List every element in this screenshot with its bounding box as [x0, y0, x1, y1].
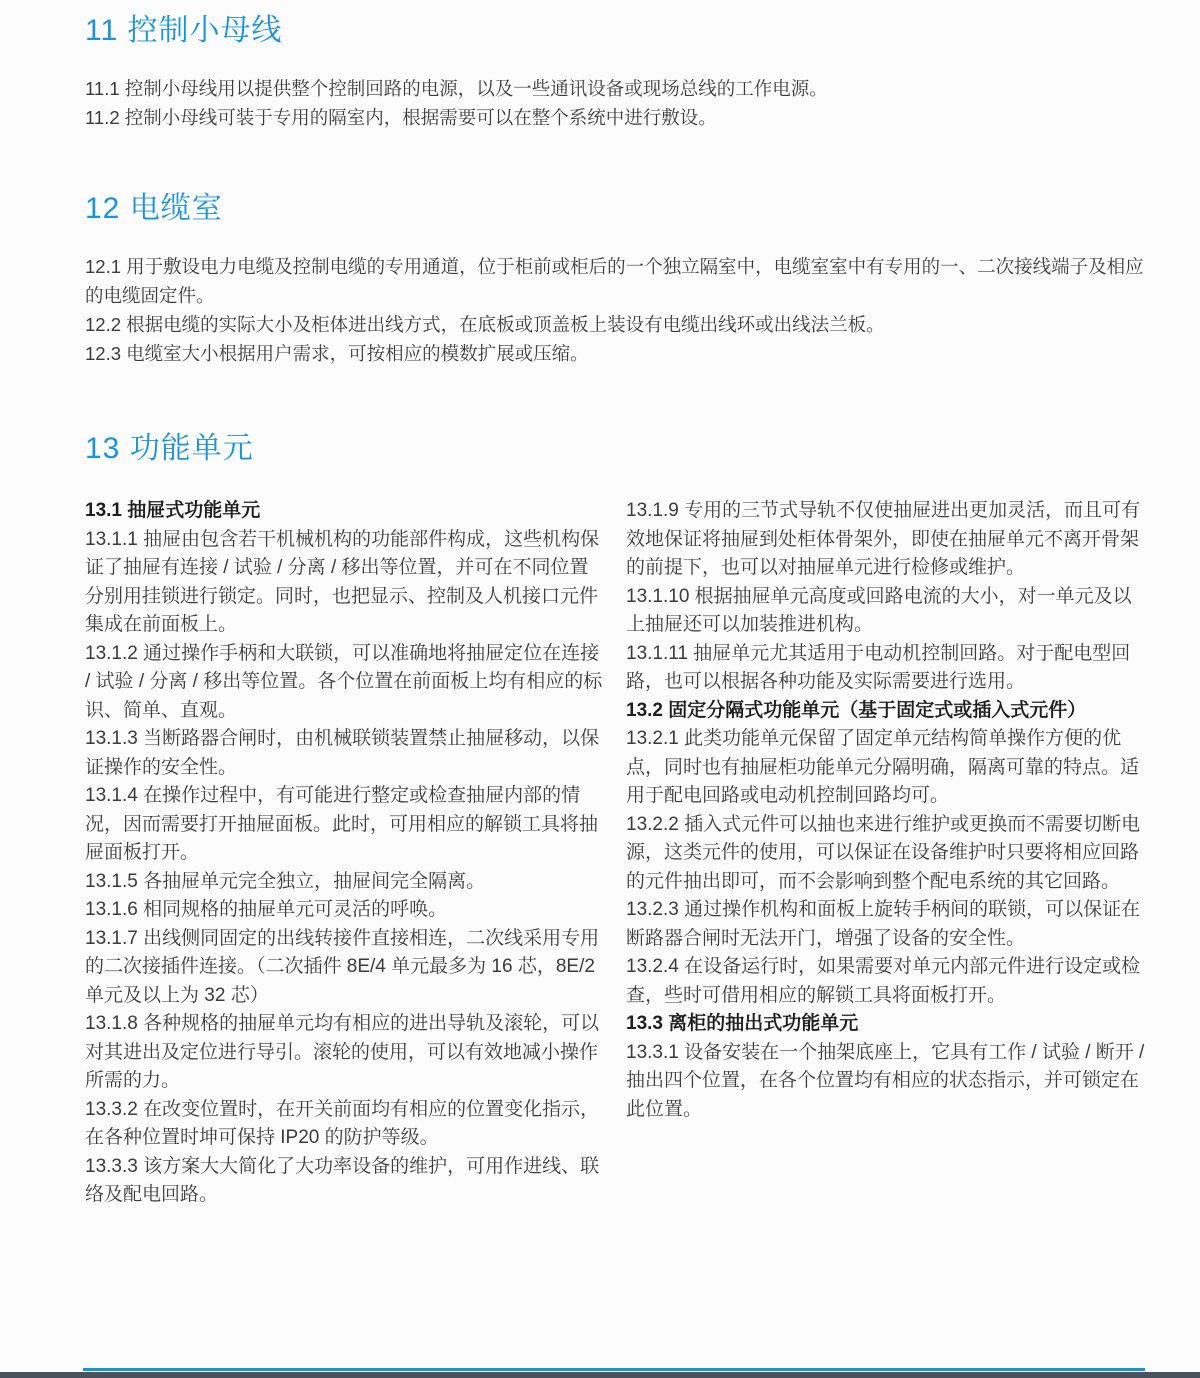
paragraph-11-1: 11.1 控制小母线用以提供整个控制回路的电源，以及一些通讯设备或现场总线的工作…	[85, 74, 1152, 103]
page-content: 11 控制小母线 11.1 控制小母线用以提供整个控制回路的电源，以及一些通讯设…	[0, 0, 1200, 1210]
paragraph-13-1-4: 13.1.4 在操作过程中，有可能进行整定或检查抽屉内部的情况，因而需要打开抽屉…	[85, 782, 606, 868]
paragraph-13-1-5: 13.1.5 各抽屉单元完全独立，抽屉间完全隔离。	[85, 868, 606, 897]
paragraph-13-1-8: 13.1.8 各种规格的抽屉单元均有相应的进出导轨及滚轮，可以对其进出及定位进行…	[85, 1010, 606, 1096]
subheading-13-2: 13.2 固定分隔式功能单元（基于固定式或插入式元件）	[626, 697, 1147, 726]
paragraph-12-3: 12.3 电缆室大小根据用户需求，可按相应的模数扩展或压缩。	[85, 339, 1152, 368]
paragraph-13-1-11: 13.1.11 抽屉单元尤其适用于电动机控制回路。对于配电型回路，也可以根据各种…	[626, 640, 1147, 697]
left-column: 13.1 抽屉式功能单元 13.1.1 抽屉由包含若干机械机构的功能部件构成，这…	[85, 497, 606, 1210]
document-page: 11 控制小母线 11.1 控制小母线用以提供整个控制回路的电源，以及一些通讯设…	[0, 0, 1200, 1378]
paragraph-13-1-3: 13.1.3 当断路器合闸时，由机械联锁装置禁止抽屉移动，以保证操作的安全性。	[85, 725, 606, 782]
paragraph-13-3-2: 13.3.2 在改变位置时，在开关前面均有相应的位置变化指示，在各种位置时坤可保…	[85, 1096, 606, 1153]
paragraph-13-3-3: 13.3.3 该方案大大简化了大功率设备的维护，可用作进线、联络及配电回路。	[85, 1153, 606, 1210]
paragraph-12-1: 12.1 用于敷设电力电缆及控制电缆的专用通道，位于柜前或柜后的一个独立隔室中，…	[85, 252, 1152, 310]
paragraph-13-1-10: 13.1.10 根据抽屉单元高度或回路电流的大小，对一单元及以上抽屉还可以加装推…	[626, 583, 1147, 640]
two-column-layout: 13.1 抽屉式功能单元 13.1.1 抽屉由包含若干机械机构的功能部件构成，这…	[85, 497, 1152, 1210]
paragraph-13-2-4: 13.2.4 在设备运行时，如果需要对单元内部元件进行设定或检查，些时可借用相应…	[626, 953, 1147, 1010]
paragraph-13-2-1: 13.2.1 此类功能单元保留了固定单元结构简单操作方便的优点，同时也有抽屉柜功…	[626, 725, 1147, 811]
section-12-cable-compartment: 12 电缆室 12.1 用于敷设电力电缆及控制电缆的专用通道，位于柜前或柜后的一…	[85, 192, 1152, 368]
paragraph-13-1-1: 13.1.1 抽屉由包含若干机械机构的功能部件构成，这些机构保证了抽屉有连接 /…	[85, 526, 606, 640]
footer-accent-rule	[83, 1368, 1145, 1371]
paragraph-13-1-9: 13.1.9 专用的三节式导轨不仅使抽屉进出更加灵活，而且可有效地保证将抽屉到处…	[626, 497, 1147, 583]
paragraph-13-2-2: 13.2.2 插入式元件可以抽也来进行维护或更换而不需要切断电源，这类元件的使用…	[626, 811, 1147, 897]
subheading-13-3: 13.3 离柜的抽出式功能单元	[626, 1010, 1147, 1039]
paragraph-13-3-1: 13.3.1 设备安装在一个抽架底座上，它具有工作 / 试验 / 断开 / 抽出…	[626, 1039, 1147, 1125]
paragraph-12-2: 12.2 根据电缆的实际大小及柜体进出线方式，在底板或顶盖板上装设有电缆出线环或…	[85, 310, 1152, 339]
section-11-heading: 11 控制小母线	[85, 14, 1152, 47]
footer-bottom-bar	[0, 1372, 1200, 1378]
section-13-heading: 13 功能单元	[85, 432, 1152, 465]
subheading-13-1: 13.1 抽屉式功能单元	[85, 497, 606, 526]
paragraph-13-2-3: 13.2.3 通过操作机构和面板上旋转手柄间的联锁，可以保证在断路器合闸时无法开…	[626, 896, 1147, 953]
paragraph-13-1-2: 13.1.2 通过操作手柄和大联锁，可以准确地将抽屉定位在连接 / 试验 / 分…	[85, 640, 606, 726]
right-column: 13.1.9 专用的三节式导轨不仅使抽屉进出更加灵活，而且可有效地保证将抽屉到处…	[626, 497, 1147, 1210]
paragraph-11-2: 11.2 控制小母线可装于专用的隔室内，根据需要可以在整个系统中进行敷设。	[85, 103, 1152, 132]
section-13-functional-units: 13 功能单元 13.1 抽屉式功能单元 13.1.1 抽屉由包含若干机械机构的…	[85, 432, 1152, 1210]
paragraph-13-1-7: 13.1.7 出线侧同固定的出线转接件直接相连，二次线采用专用的二次接插件连接。…	[85, 925, 606, 1011]
section-12-heading: 12 电缆室	[85, 192, 1152, 225]
paragraph-13-1-6: 13.1.6 相同规格的抽屉单元可灵活的呼唤。	[85, 896, 606, 925]
section-11-control-busbar: 11 控制小母线 11.1 控制小母线用以提供整个控制回路的电源，以及一些通讯设…	[85, 14, 1152, 132]
